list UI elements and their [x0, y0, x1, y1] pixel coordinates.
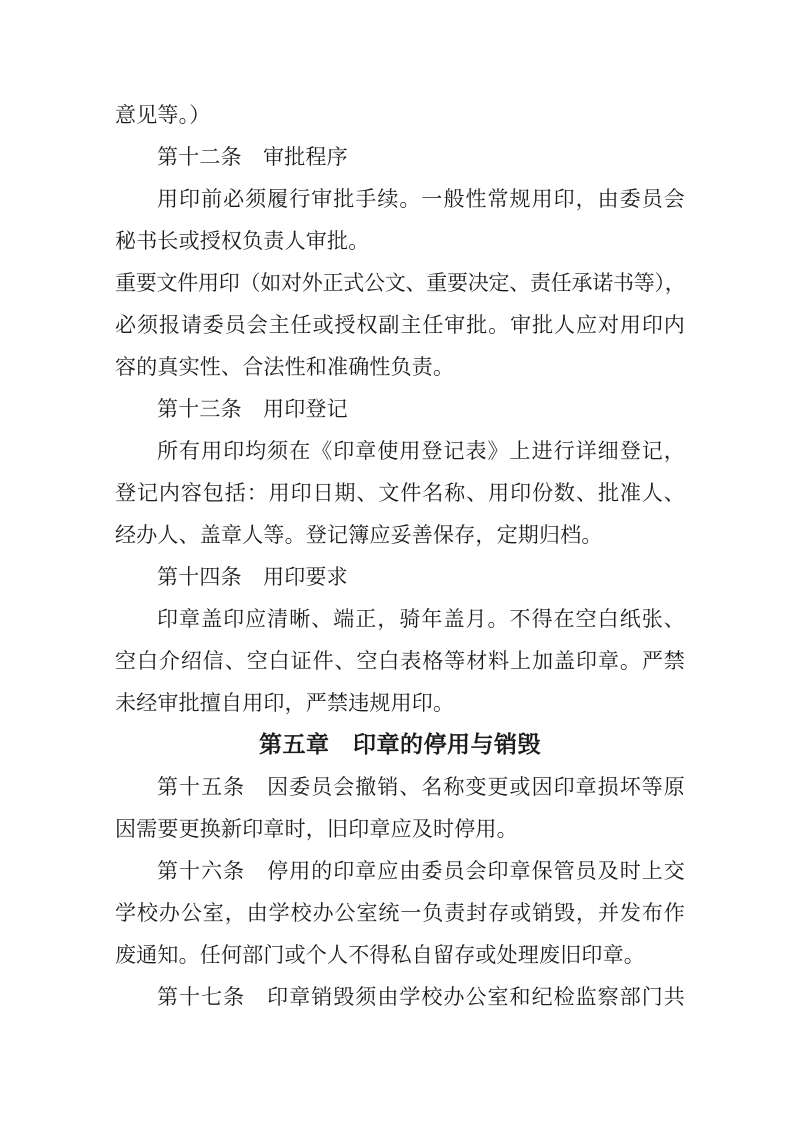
chapter-heading: 第五章 印章的停用与销毁	[115, 724, 685, 766]
paragraph-line: 所有用印均须在《印章使用登记表》上进行详细登记，	[115, 430, 685, 472]
paragraph-line: 重要文件用印（如对外正式公文、重要决定、责任承诺书等），	[115, 262, 685, 304]
paragraph-line: 经办人、盖章人等。登记簿应妥善保存，定期归档。	[115, 514, 685, 556]
paragraph-line: 学校办公室，由学校办公室统一负责封存或销毁，并发布作	[115, 892, 685, 934]
paragraph-line: 印章盖印应清晰、端正，骑年盖月。不得在空白纸张、	[115, 598, 685, 640]
paragraph-line: 必须报请委员会主任或授权副主任审批。审批人应对用印内	[115, 304, 685, 346]
paragraph-line: 因需要更换新印章时，旧印章应及时停用。	[115, 808, 685, 850]
paragraph-line: 第十六条 停用的印章应由委员会印章保管员及时上交	[115, 850, 685, 892]
document-page: 意见等。）第十二条 审批程序用印前必须履行审批手续。一般性常规用印，由委员会秘书…	[0, 0, 793, 1122]
document-body: 意见等。）第十二条 审批程序用印前必须履行审批手续。一般性常规用印，由委员会秘书…	[115, 94, 685, 1018]
paragraph-line: 第十七条 印章销毁须由学校办公室和纪检监察部门共	[115, 976, 685, 1018]
paragraph-line: 用印前必须履行审批手续。一般性常规用印，由委员会	[115, 178, 685, 220]
paragraph-line: 未经审批擅自用印，严禁违规用印。	[115, 682, 685, 724]
paragraph-line: 第十三条 用印登记	[115, 388, 685, 430]
paragraph-line: 意见等。）	[115, 94, 685, 136]
paragraph-line: 空白介绍信、空白证件、空白表格等材料上加盖印章。严禁	[115, 640, 685, 682]
paragraph-line: 第十二条 审批程序	[115, 136, 685, 178]
paragraph-line: 秘书长或授权负责人审批。	[115, 220, 685, 262]
paragraph-line: 第十四条 用印要求	[115, 556, 685, 598]
paragraph-line: 登记内容包括：用印日期、文件名称、用印份数、批准人、	[115, 472, 685, 514]
paragraph-line: 容的真实性、合法性和准确性负责。	[115, 346, 685, 388]
paragraph-line: 第十五条 因委员会撤销、名称变更或因印章损坏等原	[115, 766, 685, 808]
paragraph-line: 废通知。任何部门或个人不得私自留存或处理废旧印章。	[115, 934, 685, 976]
